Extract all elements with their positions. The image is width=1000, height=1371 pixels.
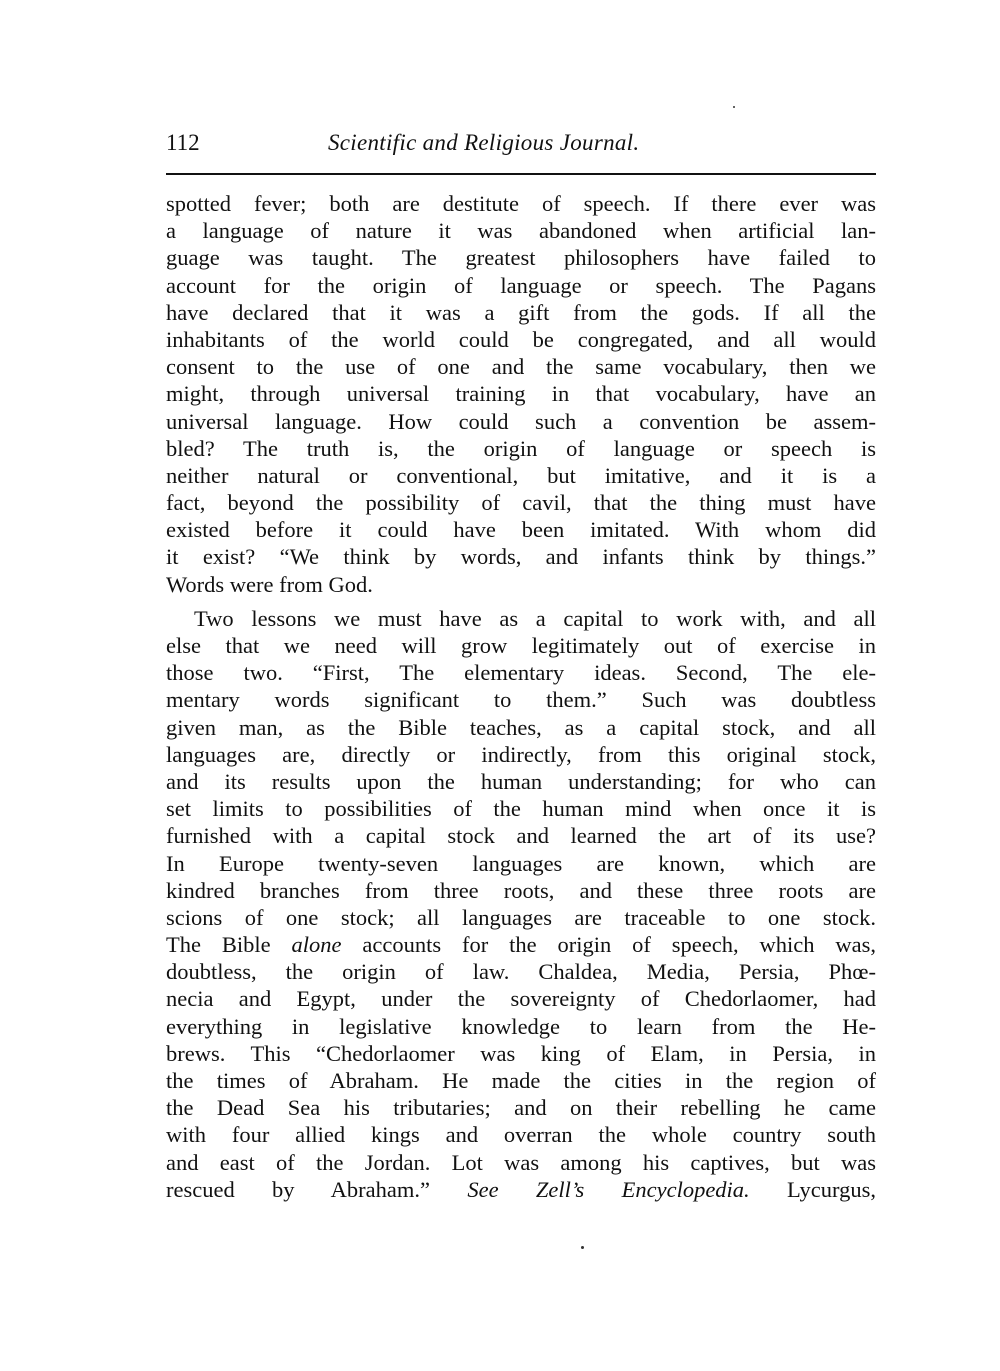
document-page: 112 Scientific and Religious Journal. sp… [0,0,1000,1371]
text-line: doubtless, the origin of law. Chaldea, M… [166,958,876,985]
page-header: 112 Scientific and Religious Journal. [166,128,876,162]
text-line: and its results upon the human understan… [166,768,876,795]
text-line: universal language. How could such a con… [166,408,876,435]
emphasis-alone: alone [292,932,342,957]
text-line: furnished with a capital stock and learn… [166,822,876,849]
text-line: everything in legislative knowledge to l… [166,1013,876,1040]
text-run: Lycurgus, [750,1177,876,1202]
text-line: scions of one stock; all languages are t… [166,904,876,931]
text-line: the Dead Sea his tributaries; and on the… [166,1094,876,1121]
text-line: those two. “First, The elementary ideas.… [166,659,876,686]
text-line: languages are, directly or indirectly, f… [166,741,876,768]
text-line: the times of Abraham. He made the cities… [166,1067,876,1094]
text-line: Two lessons we must have as a capital to… [166,605,876,632]
text-run: The Bible [166,932,292,957]
paragraph-2: Two lessons we must have as a capital to… [166,605,876,1203]
text-line: might, through universal training in tha… [166,380,876,407]
text-line-with-citation: rescued by Abraham.” See Zell’s Encyclop… [166,1176,876,1203]
paragraph-1: spotted fever; both are destitute of spe… [166,190,876,598]
text-line: it exist? “We think by words, and infant… [166,543,876,570]
text-line: else that we need will grow legitimately… [166,632,876,659]
text-line: account for the origin of language or sp… [166,272,876,299]
text-line: fact, beyond the possibility of cavil, t… [166,489,876,516]
text-line: guage was taught. The greatest philosoph… [166,244,876,271]
text-line: brews. This “Chedorlaomer was king of El… [166,1040,876,1067]
text-line: spotted fever; both are destitute of spe… [166,190,876,217]
text-line: mentary words significant to them.” Such… [166,686,876,713]
text-line-with-emphasis: The Bible alone accounts for the origin … [166,931,876,958]
header-rule [166,173,876,175]
text-line: kindred branches from three roots, and t… [166,877,876,904]
text-line: consent to the use of one and the same v… [166,353,876,380]
text-line: set limits to possibilities of the human… [166,795,876,822]
text-line: with four allied kings and overran the w… [166,1121,876,1148]
scan-speck [733,106,735,108]
text-line: necia and Egypt, under the sovereignty o… [166,985,876,1012]
text-line: In Europe twenty-seven languages are kno… [166,850,876,877]
text-line: have declared that it was a gift from th… [166,299,876,326]
text-line: given man, as the Bible teaches, as a ca… [166,714,876,741]
running-title: Scientific and Religious Journal. [328,130,639,156]
text-line: and east of the Jordan. Lot was among hi… [166,1149,876,1176]
text-run: rescued by Abraham.” [166,1177,467,1202]
text-line: bled? The truth is, the origin of langua… [166,435,876,462]
text-line: inhabitants of the world could be congre… [166,326,876,353]
text-run: accounts for the origin of speech, which… [342,932,876,957]
text-line: existed before it could have been imitat… [166,516,876,543]
paragraph-gap [166,598,876,605]
scan-speck [581,1246,584,1249]
text-line: neither natural or conventional, but imi… [166,462,876,489]
text-line: Words were from God. [166,571,876,598]
citation-zells-encyclopedia: See Zell’s Encyclopedia. [467,1177,749,1202]
text-line: a language of nature it was abandoned wh… [166,217,876,244]
page-number: 112 [166,130,200,156]
body-text: spotted fever; both are destitute of spe… [166,190,876,1203]
